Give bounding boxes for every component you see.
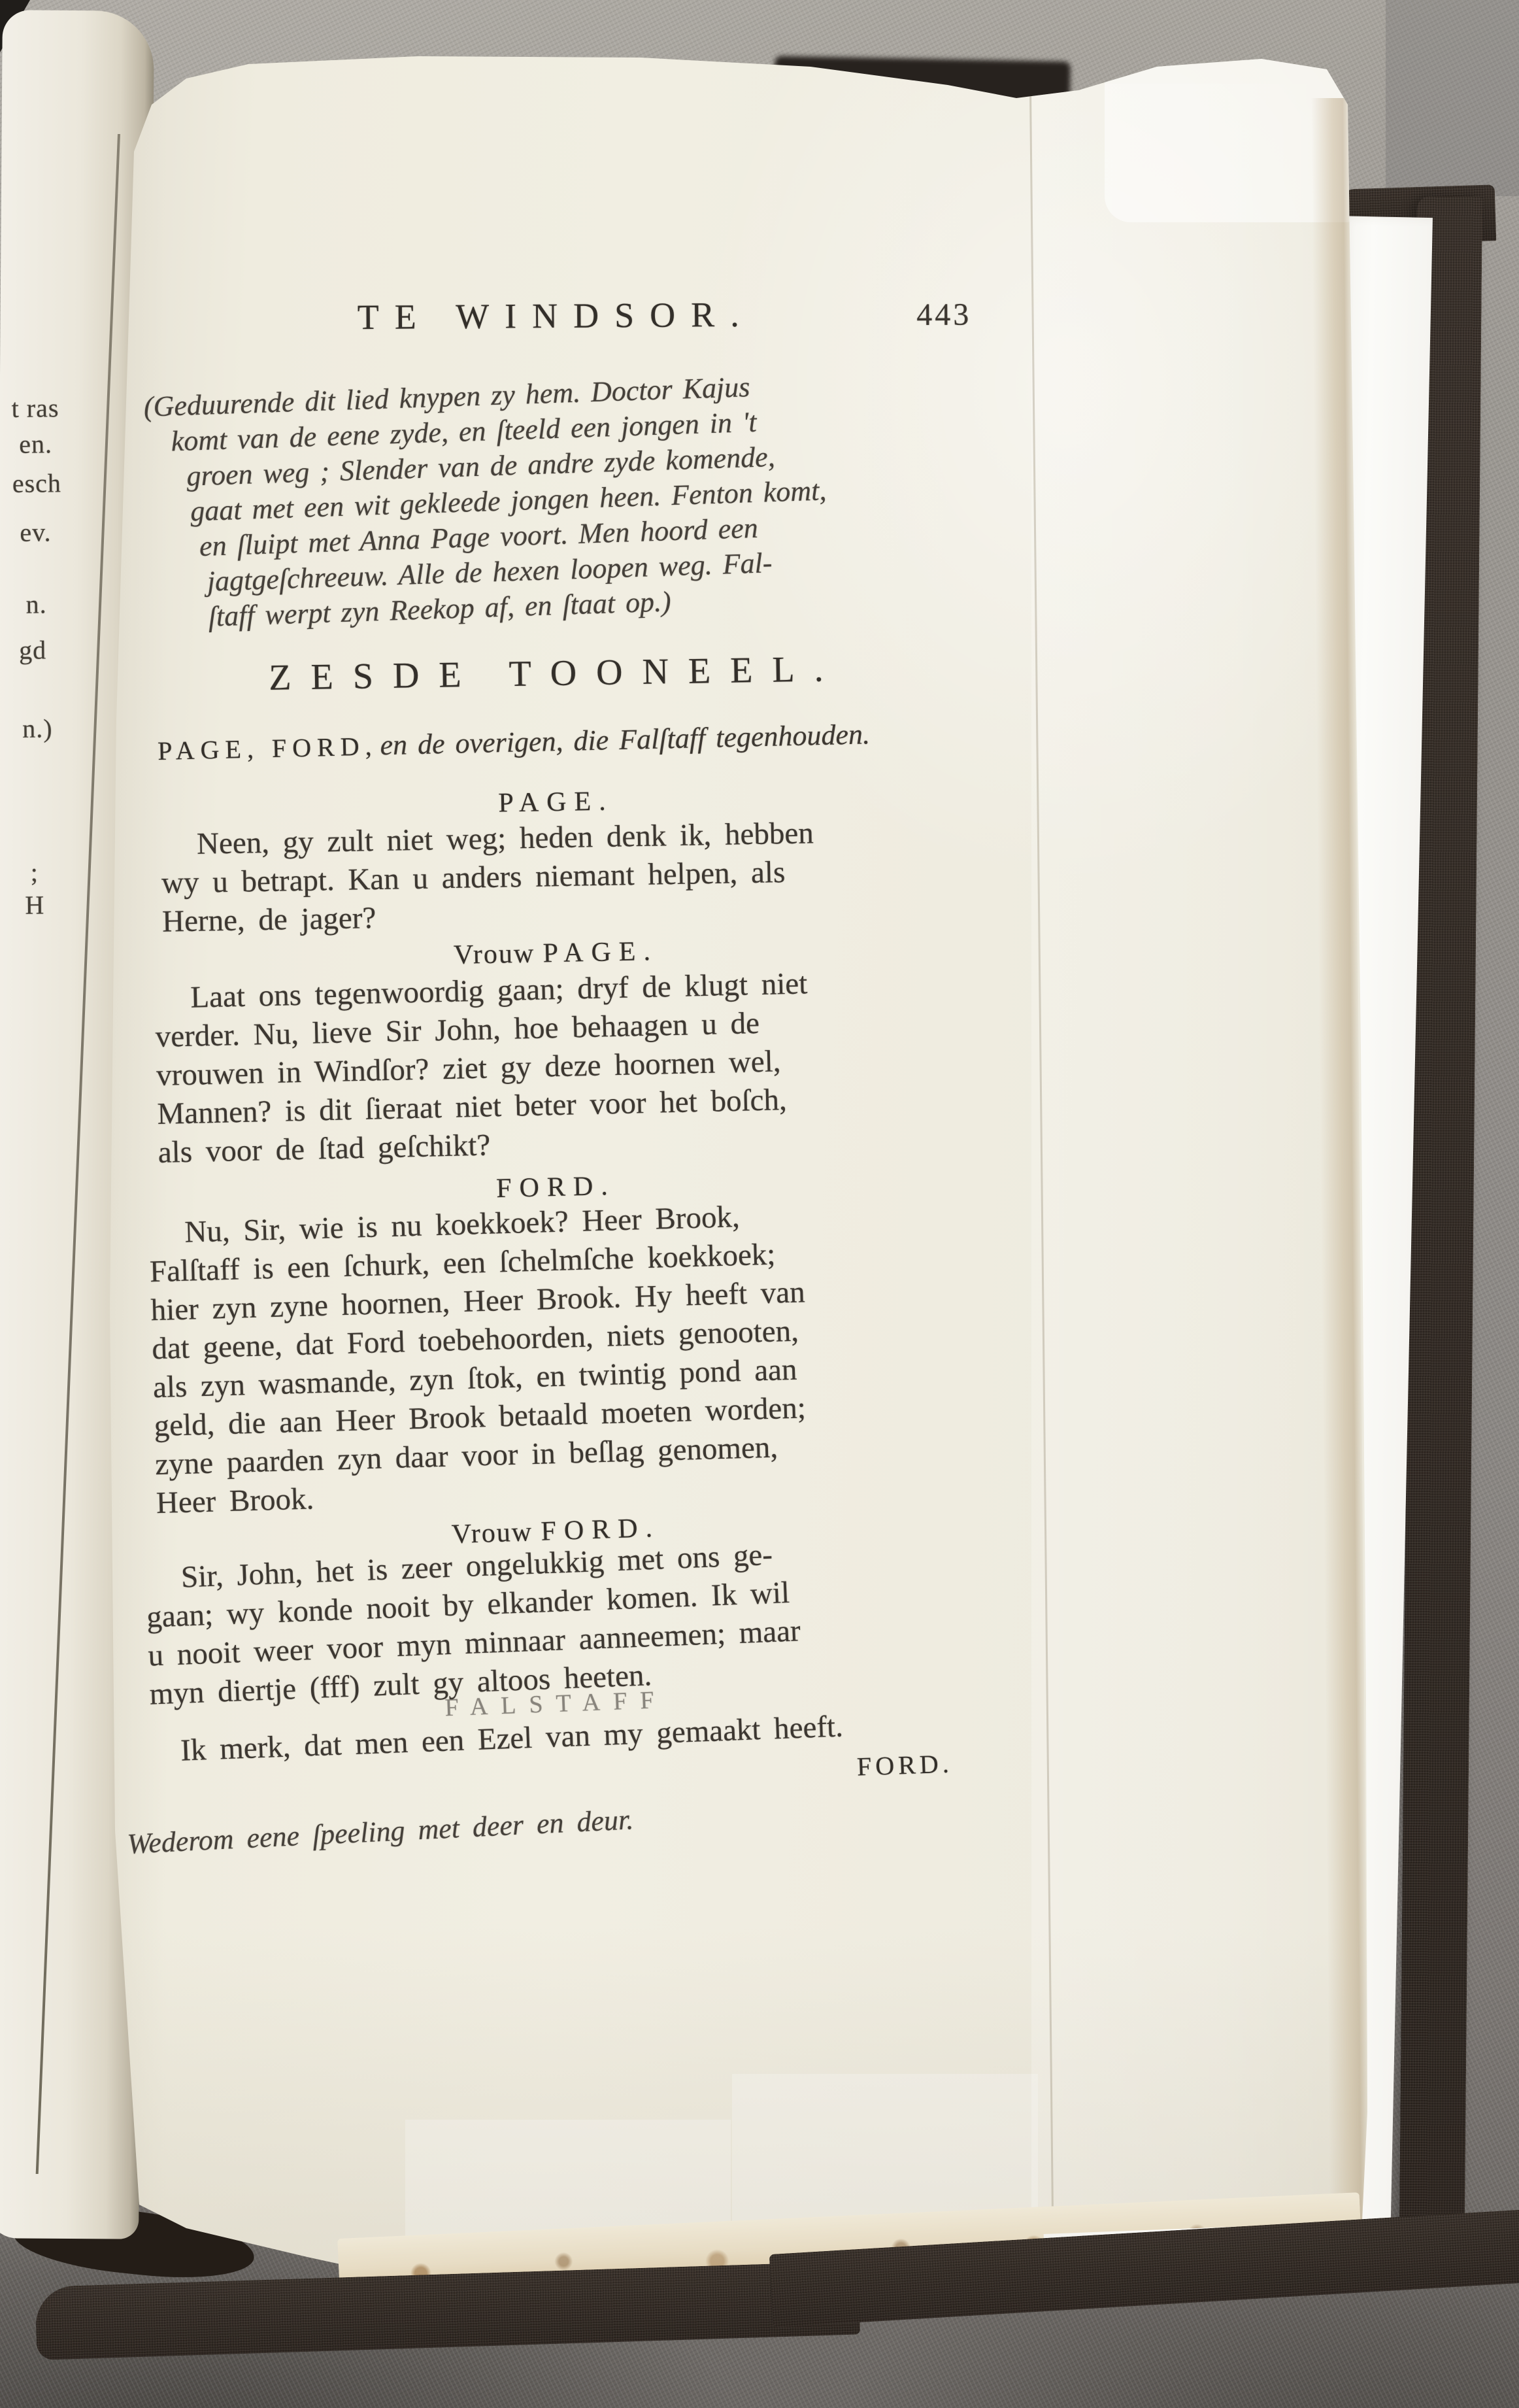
left-page-fragment: H — [25, 889, 44, 920]
speech-ford: Nu, Sir, wie is nu koekkoek? Heer Brook,… — [148, 1192, 964, 1523]
running-title: TE WINDSOR. — [152, 293, 960, 339]
page-number: 443 — [916, 297, 971, 333]
under-pages-surface — [1031, 84, 1353, 2267]
left-page-fragment: ev. — [20, 517, 52, 548]
speaker-name: PAGE. — [542, 936, 658, 968]
cast-description: en de overigen, die Falſtaff tegenhouden… — [380, 718, 870, 761]
book-page: TE WINDSOR. 443 (Geduurende dit lied kny… — [0, 0, 1519, 2408]
speaker-name: PAGE. — [498, 786, 614, 818]
left-page-fragment: n. — [25, 588, 46, 619]
speech-page: Neen, gy zult niet weg; heden denk ik, h… — [161, 811, 970, 941]
left-page-fragment: ; — [30, 857, 39, 888]
fabric-shadow-patch — [1386, 0, 1519, 196]
running-header: TE WINDSOR. 443 — [152, 293, 960, 299]
scene-cast-line: PAGE, FORD, en de overigen, die Falſtaff… — [158, 715, 965, 767]
left-page-fragment: gd — [19, 634, 46, 665]
left-page-fragment: n.) — [22, 713, 53, 743]
speaker-prefix: Vrouw — [454, 938, 543, 970]
text-column: TE WINDSOR. 443 (Geduurende dit lied kny… — [152, 0, 960, 2408]
left-page-fragment: t ras — [11, 392, 59, 424]
speech-vrouw-page: Laat ons tegenwoordig gaan; dryf de klug… — [154, 961, 965, 1172]
left-page-fragment: esch — [12, 467, 62, 499]
speaker-name: FORD. — [496, 1171, 616, 1204]
stage-direction: (Geduurende dit lied knypen zy hem. Doct… — [143, 362, 968, 636]
footnote: (fff) Wederom eene ſpeeling met deer en … — [71, 1787, 960, 1863]
book-photograph: t ras en. esch ev. n. gd n.) ; H TE WIND… — [0, 0, 1519, 2408]
catchword-next-speaker: FORD. — [857, 1748, 954, 1782]
scene-heading: ZESDE TOONEEL. — [152, 646, 960, 700]
cast-names: PAGE, FORD, — [158, 731, 378, 766]
left-page-fragment: en. — [19, 428, 52, 460]
